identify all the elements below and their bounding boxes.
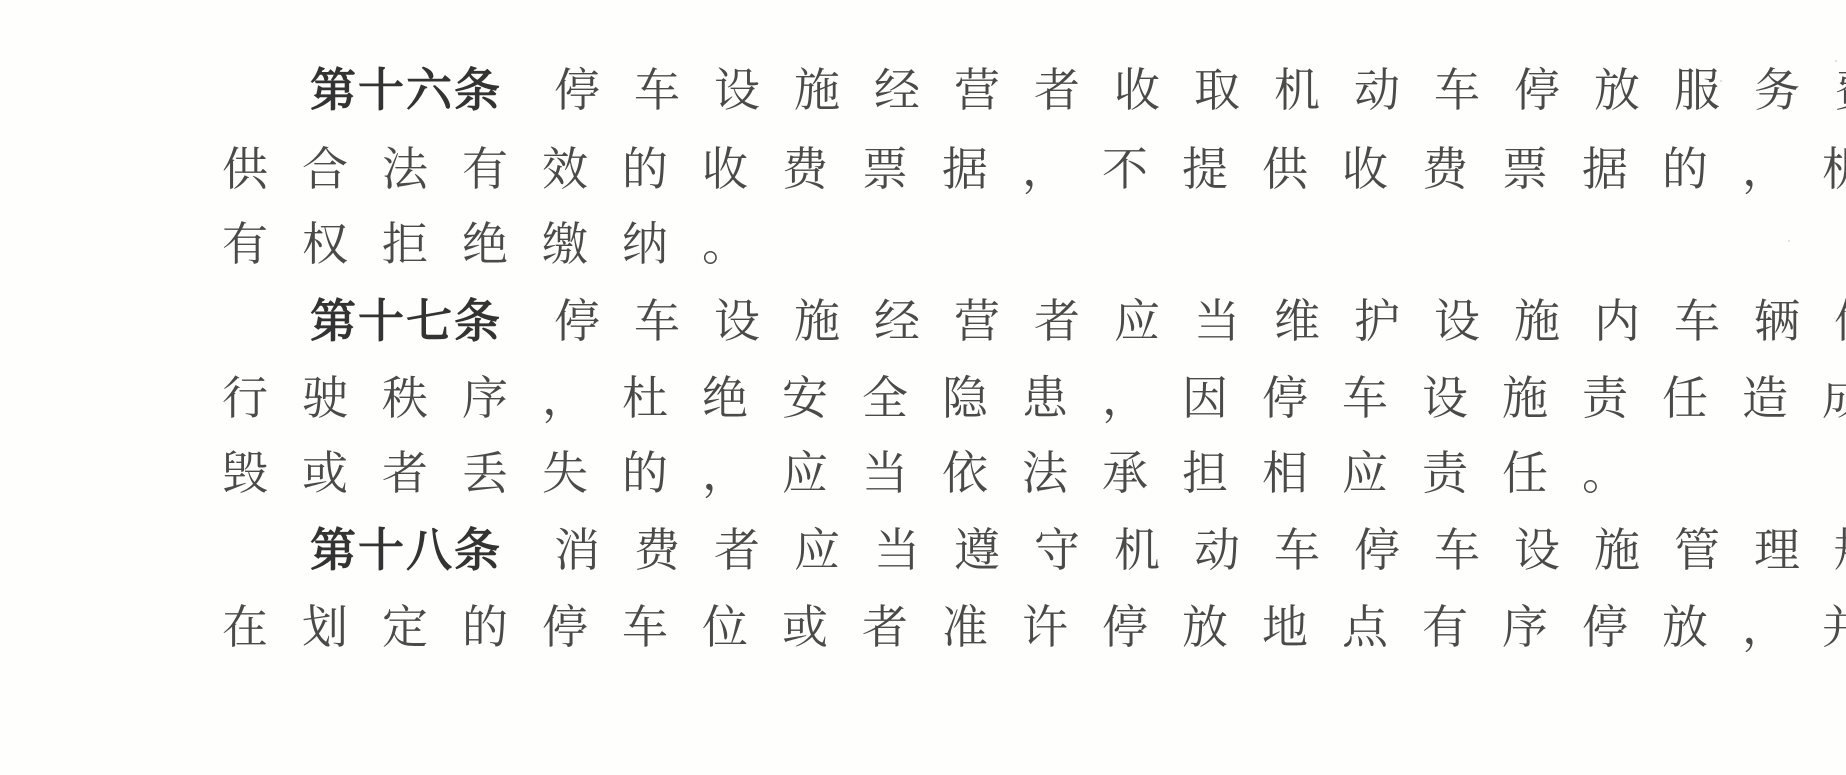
article-18-line-1: 第十八条消费者应当遵守机动车停车设施管理规定，	[310, 520, 1450, 580]
article-text: 毁或者丢失的，应当依法承担相应责任。	[222, 446, 1662, 500]
article-16-line-1: 第十六条停车设施经营者收取机动车停放服务费应提	[310, 60, 1450, 120]
article-text: 消费者应当遵守机动车停车设施管理规定，	[554, 523, 1846, 577]
article-number: 第十七条	[310, 294, 502, 348]
article-text: 供合法有效的收费票据，不提供收费票据的，机动车停放者	[222, 142, 1846, 196]
article-17-line-2: 行驶秩序，杜绝安全隐患，因停车设施责任造成停放车辆损	[222, 368, 1362, 428]
article-17-line-1: 第十七条停车设施经营者应当维护设施内车辆停放和	[310, 291, 1450, 351]
article-text: 行驶秩序，杜绝安全隐患，因停车设施责任造成停放车辆损	[222, 371, 1846, 425]
article-text: 停车设施经营者收取机动车停放服务费应提	[554, 63, 1846, 117]
article-number: 第十八条	[310, 523, 502, 577]
article-16-line-2: 供合法有效的收费票据，不提供收费票据的，机动车停放者	[222, 139, 1362, 199]
article-text: 停车设施经营者应当维护设施内车辆停放和	[554, 294, 1846, 348]
scanned-document-page: 第十六条停车设施经营者收取机动车停放服务费应提 供合法有效的收费票据，不提供收费…	[0, 0, 1846, 775]
scan-speck	[1788, 240, 1790, 242]
article-number: 第十六条	[310, 63, 502, 117]
article-17-line-3: 毁或者丢失的，应当依法承担相应责任。	[222, 443, 1362, 503]
scan-speck	[1835, 60, 1837, 62]
article-18-line-2: 在划定的停车位或者准许停放地点有序停放，并按规定缴纳	[222, 597, 1362, 657]
article-16-line-3: 有权拒绝缴纳。	[222, 214, 1362, 274]
article-text: 有权拒绝缴纳。	[222, 217, 782, 271]
article-text: 在划定的停车位或者准许停放地点有序停放，并按规定缴纳	[222, 600, 1846, 654]
